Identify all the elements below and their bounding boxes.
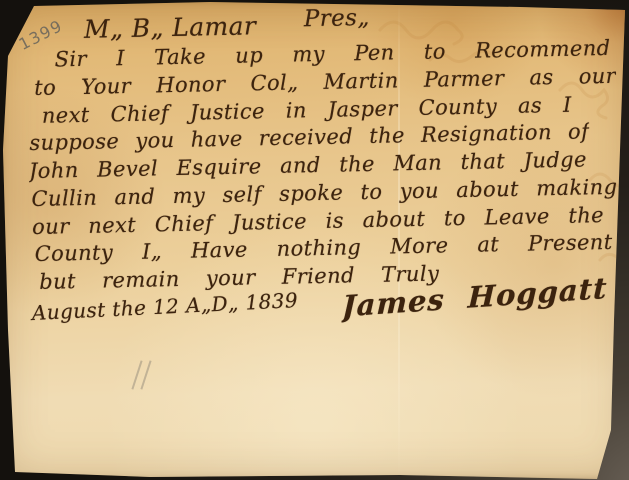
stray-pencil-mark xyxy=(136,360,156,390)
document-scan: 1399 M„ B„ Lamar Pres„ Sir I Take up my … xyxy=(0,0,629,480)
addressee: M„ B„ Lamar xyxy=(84,11,257,44)
letter-text: M„ B„ Lamar Pres„ Sir I Take up my Pen t… xyxy=(0,0,629,480)
addressee-title: Pres„ xyxy=(304,5,370,32)
